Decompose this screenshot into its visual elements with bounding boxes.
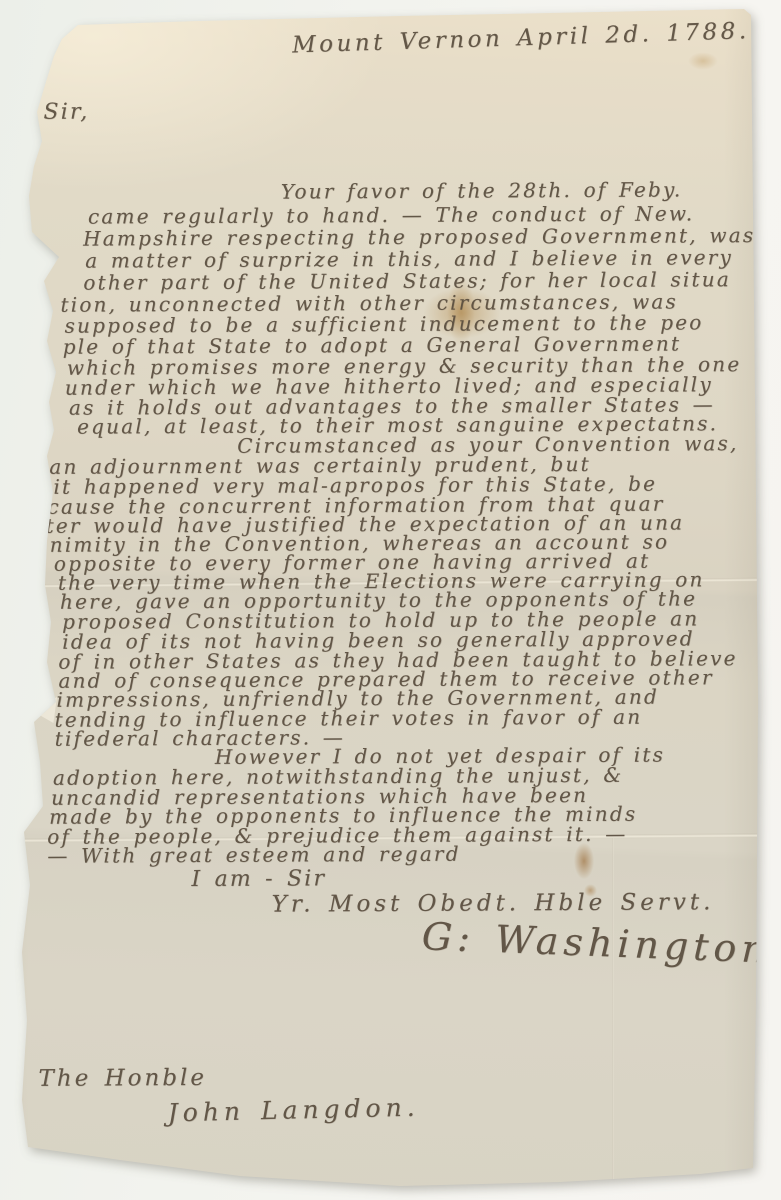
manuscript-text: Mount Vernon April 2d. 1788.Sir,Your fav… (0, 0, 781, 1200)
photo-background: Mount Vernon April 2d. 1788.Sir,Your fav… (0, 0, 781, 1200)
paper-sheet: Mount Vernon April 2d. 1788.Sir,Your fav… (0, 0, 781, 1200)
closing-esteem-line: — With great esteem and regard (47, 844, 460, 866)
dateline: Mount Vernon April 2d. 1788. (292, 20, 750, 57)
address-honorific: The Honble (38, 1067, 207, 1091)
address-recipient: John Langdon. (167, 1095, 419, 1126)
salutation: Sir, (43, 102, 89, 124)
closing-obedient-servant: Yr. Most Obedt. Hble Servt. (272, 891, 715, 916)
letter-body-line: Your favor of the 28th. of Feby. (281, 179, 683, 201)
letter-paper: Mount Vernon April 2d. 1788.Sir,Your fav… (0, 0, 781, 1200)
signature-g-washington: G: Washington (421, 917, 771, 968)
closing-i-am-sir: I am - Sir (191, 868, 326, 891)
